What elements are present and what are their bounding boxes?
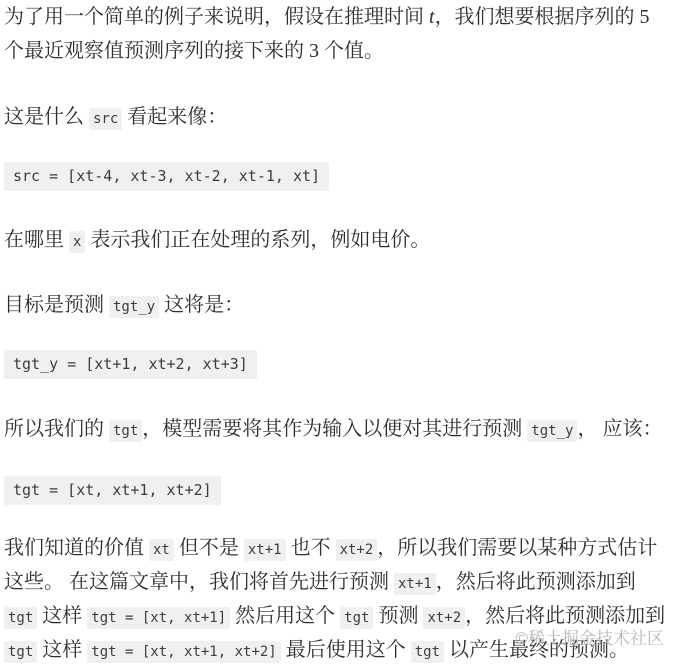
text-run: 这将是： — [159, 294, 244, 316]
inline-code-xt: xt — [149, 539, 174, 561]
inline-code-tgt-y: tgt_y — [527, 420, 577, 442]
text-run: 为了用一个简单的例子来说明，假设在推理时间 — [4, 6, 429, 28]
text-run: 也不 — [286, 537, 336, 559]
inline-code-x: x — [69, 231, 85, 253]
paragraph-tgt-intro: 所以我们的 tgt，模型需要将其作为输入以便对其进行预测 tgt_y， 应该： — [4, 412, 669, 446]
inline-code-tgt: tgt — [109, 420, 142, 442]
inline-code-tgt: tgt — [340, 607, 373, 629]
text-run: 最后使用这个 — [281, 639, 411, 661]
text-run: 目标是预测 — [4, 294, 109, 316]
text-run: 这是什么 — [4, 106, 89, 128]
text-run: 然后用这个 — [230, 605, 340, 627]
paragraph-src-intro: 这是什么 src 看起来像： — [4, 100, 669, 134]
text-run: 但不是 — [174, 537, 244, 559]
text-run: ， 应该： — [577, 418, 662, 440]
text-run: 以产生最终的预测。 — [444, 639, 629, 661]
text-run: 这样 — [37, 605, 87, 627]
text-run: 表示我们正在处理的系列，例如电价。 — [85, 229, 430, 251]
inline-code-tgt-list-3: tgt = [xt, xt+1, xt+2] — [87, 641, 280, 663]
paragraph-intro: 为了用一个简单的例子来说明，假设在推理时间 t，我们想要根据序列的 5 个最近观… — [4, 0, 669, 68]
inline-code-xt1: xt+1 — [244, 539, 286, 561]
article-page: 为了用一个简单的例子来说明，假设在推理时间 t，我们想要根据序列的 5 个最近观… — [0, 0, 674, 664]
text-run: 我们知道的价值 — [4, 537, 149, 559]
paragraph-x-explain: 在哪里 x 表示我们正在处理的系列，例如电价。 — [4, 223, 669, 257]
inline-code-tgt-y: tgt_y — [109, 296, 159, 318]
paragraph-estimation: 我们知道的价值 xt 但不是 xt+1 也不 xt+2，所以我们需要以某种方式估… — [4, 531, 669, 664]
code-block-tgt: tgt = [xt, xt+1, xt+2] — [4, 476, 221, 505]
text-run: 看起来像： — [122, 106, 227, 128]
inline-code-tgt: tgt — [4, 641, 37, 663]
text-run: 在哪里 — [4, 229, 69, 251]
code-block-tgt-y: tgt_y = [xt+1, xt+2, xt+3] — [4, 350, 257, 379]
text-run: ，然后将此预测添加到 — [465, 605, 665, 627]
text-run: 这样 — [37, 639, 87, 661]
inline-code-xt1: xt+1 — [394, 573, 436, 595]
inline-code-tgt: tgt — [411, 641, 444, 663]
inline-code-tgt-list-2: tgt = [xt, xt+1] — [87, 607, 230, 629]
paragraph-tgt-y-intro: 目标是预测 tgt_y 这将是： — [4, 288, 669, 322]
text-run: 所以我们的 — [4, 418, 109, 440]
text-run: ，模型需要将其作为输入以便对其进行预测 — [142, 418, 527, 440]
inline-code-xt2: xt+2 — [336, 539, 378, 561]
code-block-src: src = [xt-4, xt-3, xt-2, xt-1, xt] — [4, 162, 329, 191]
inline-code-tgt: tgt — [4, 607, 37, 629]
text-run: 预测 — [373, 605, 423, 627]
inline-code-src: src — [89, 108, 122, 130]
text-run: ，然后将此预测添加到 — [436, 571, 636, 593]
inline-code-xt2: xt+2 — [423, 607, 465, 629]
